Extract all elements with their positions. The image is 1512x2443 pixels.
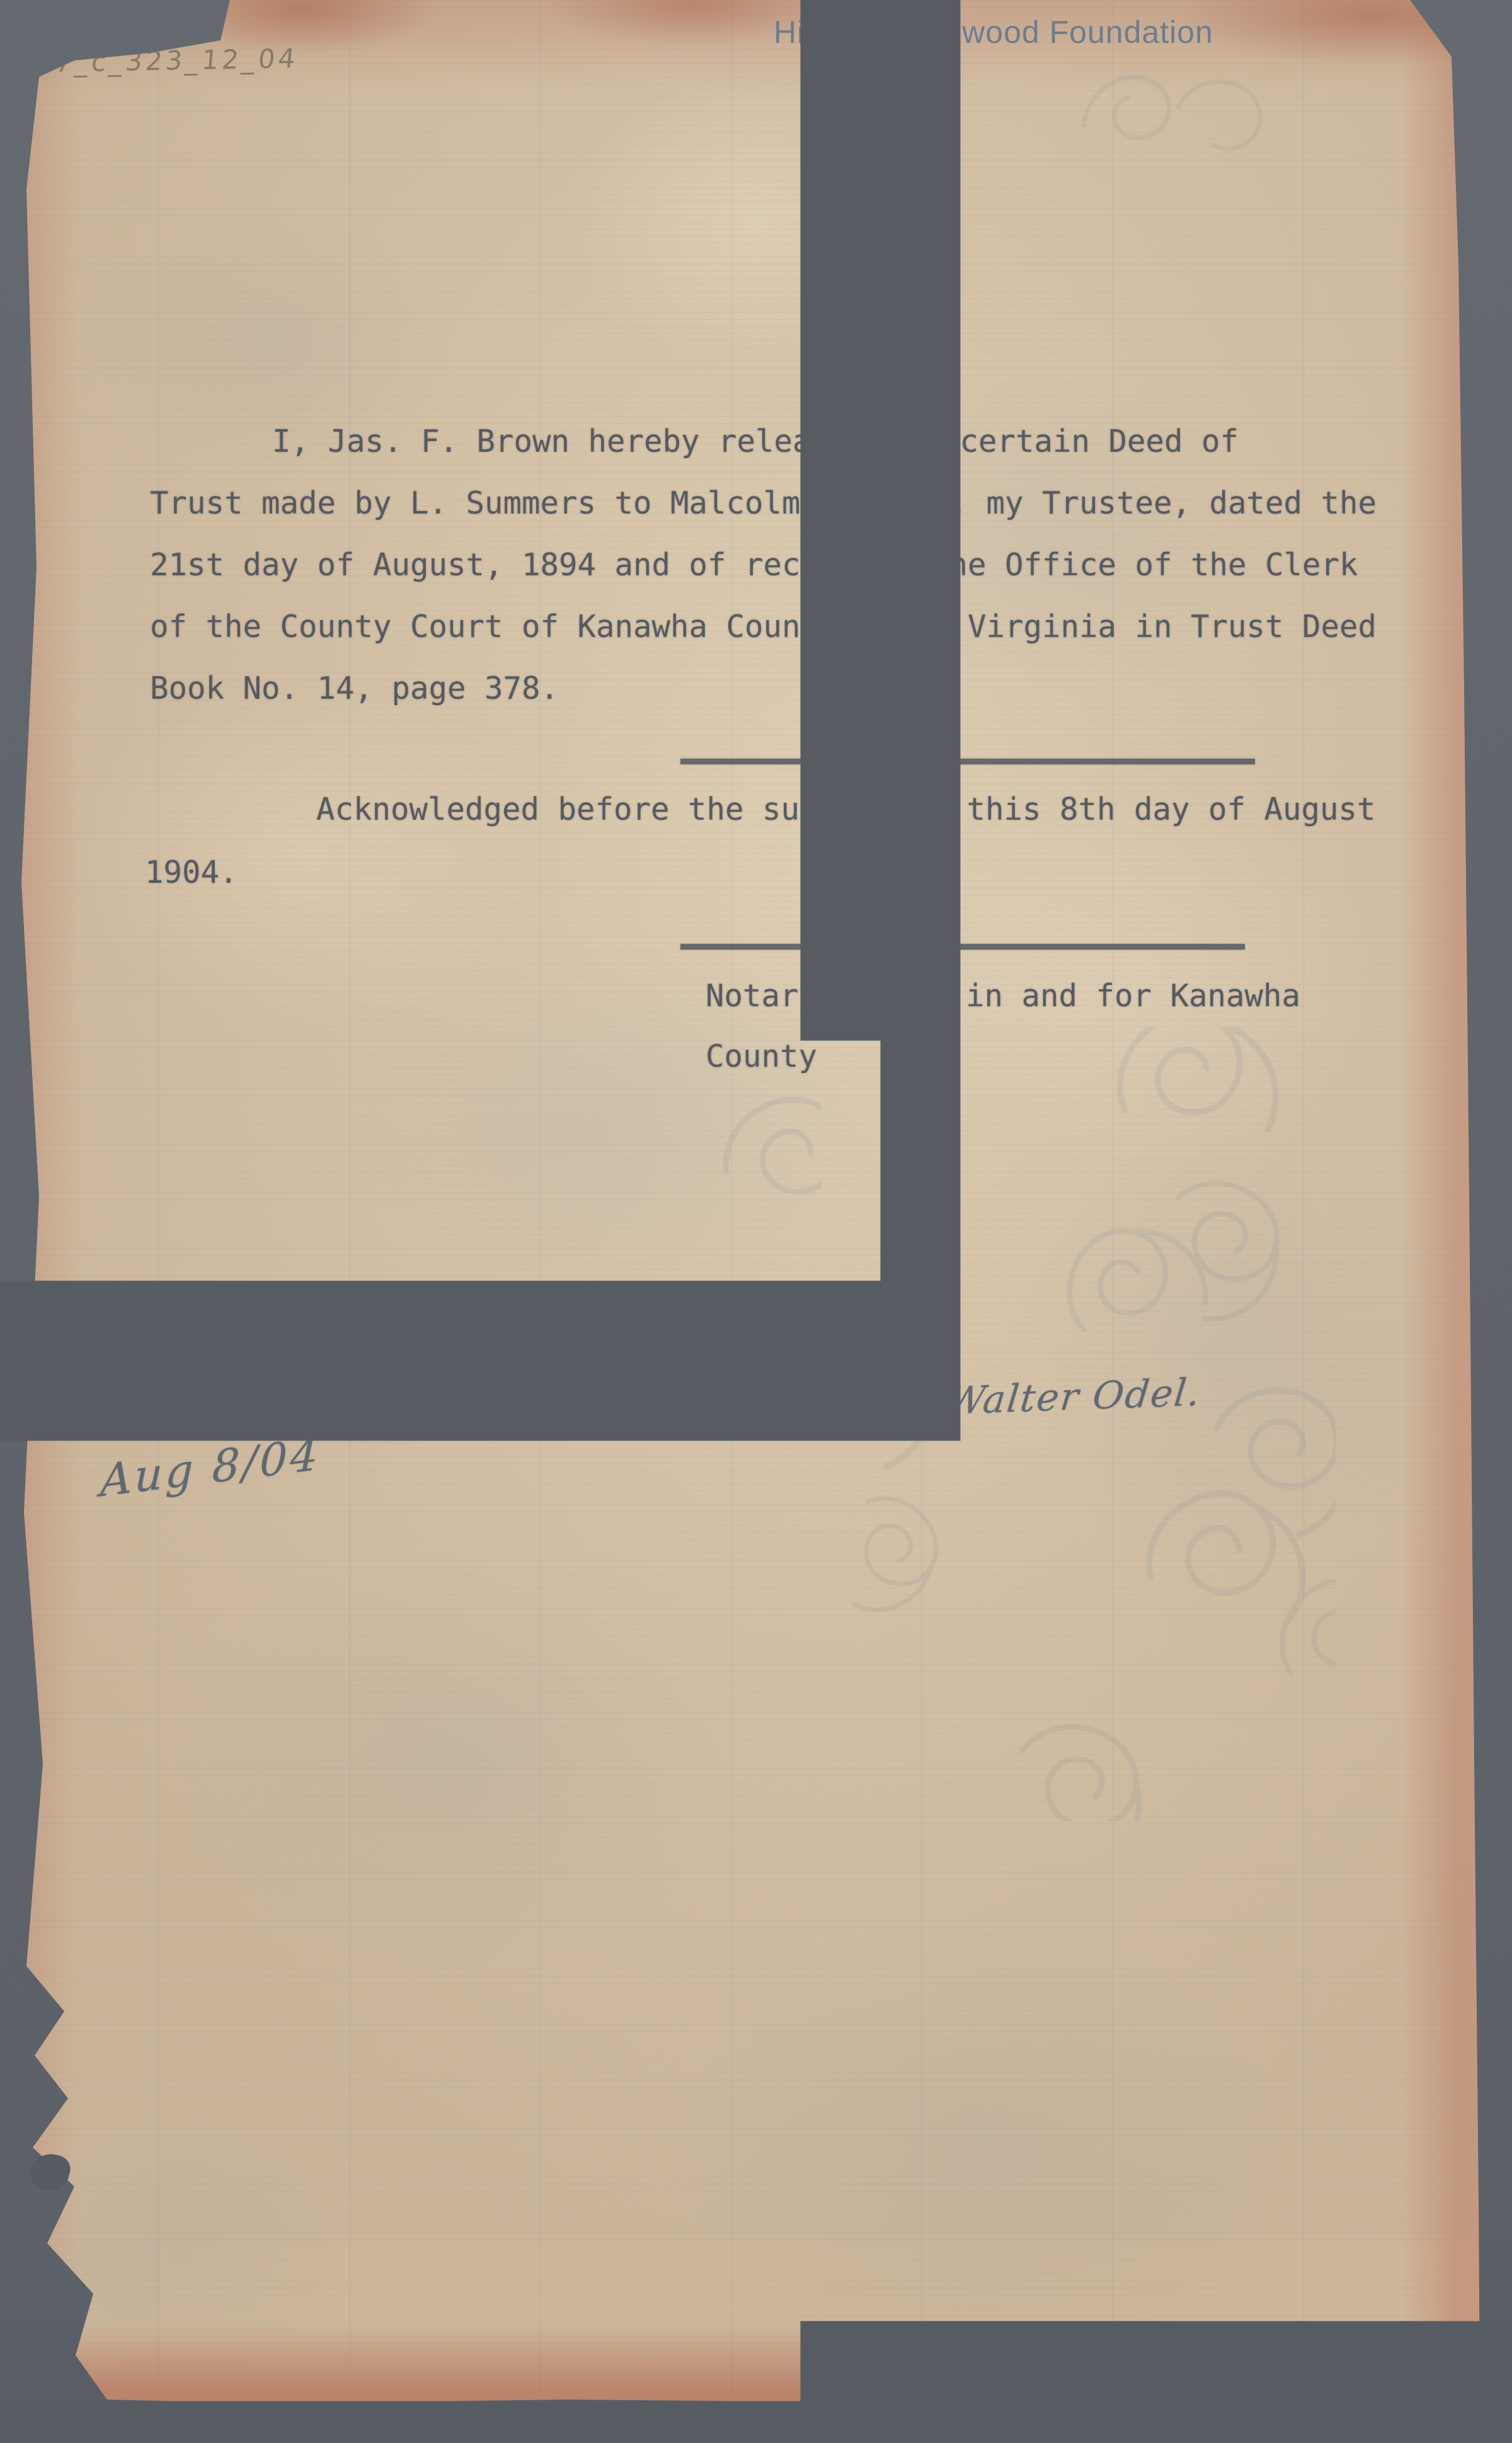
scanned-document-canvas: Historic Glenwood Foundation 307_c_323_1… bbox=[0, 0, 1512, 2443]
document-paper: Historic Glenwood Foundation 307_c_323_1… bbox=[0, 0, 1512, 2443]
paper-edge-vignette bbox=[0, 0, 1512, 2443]
